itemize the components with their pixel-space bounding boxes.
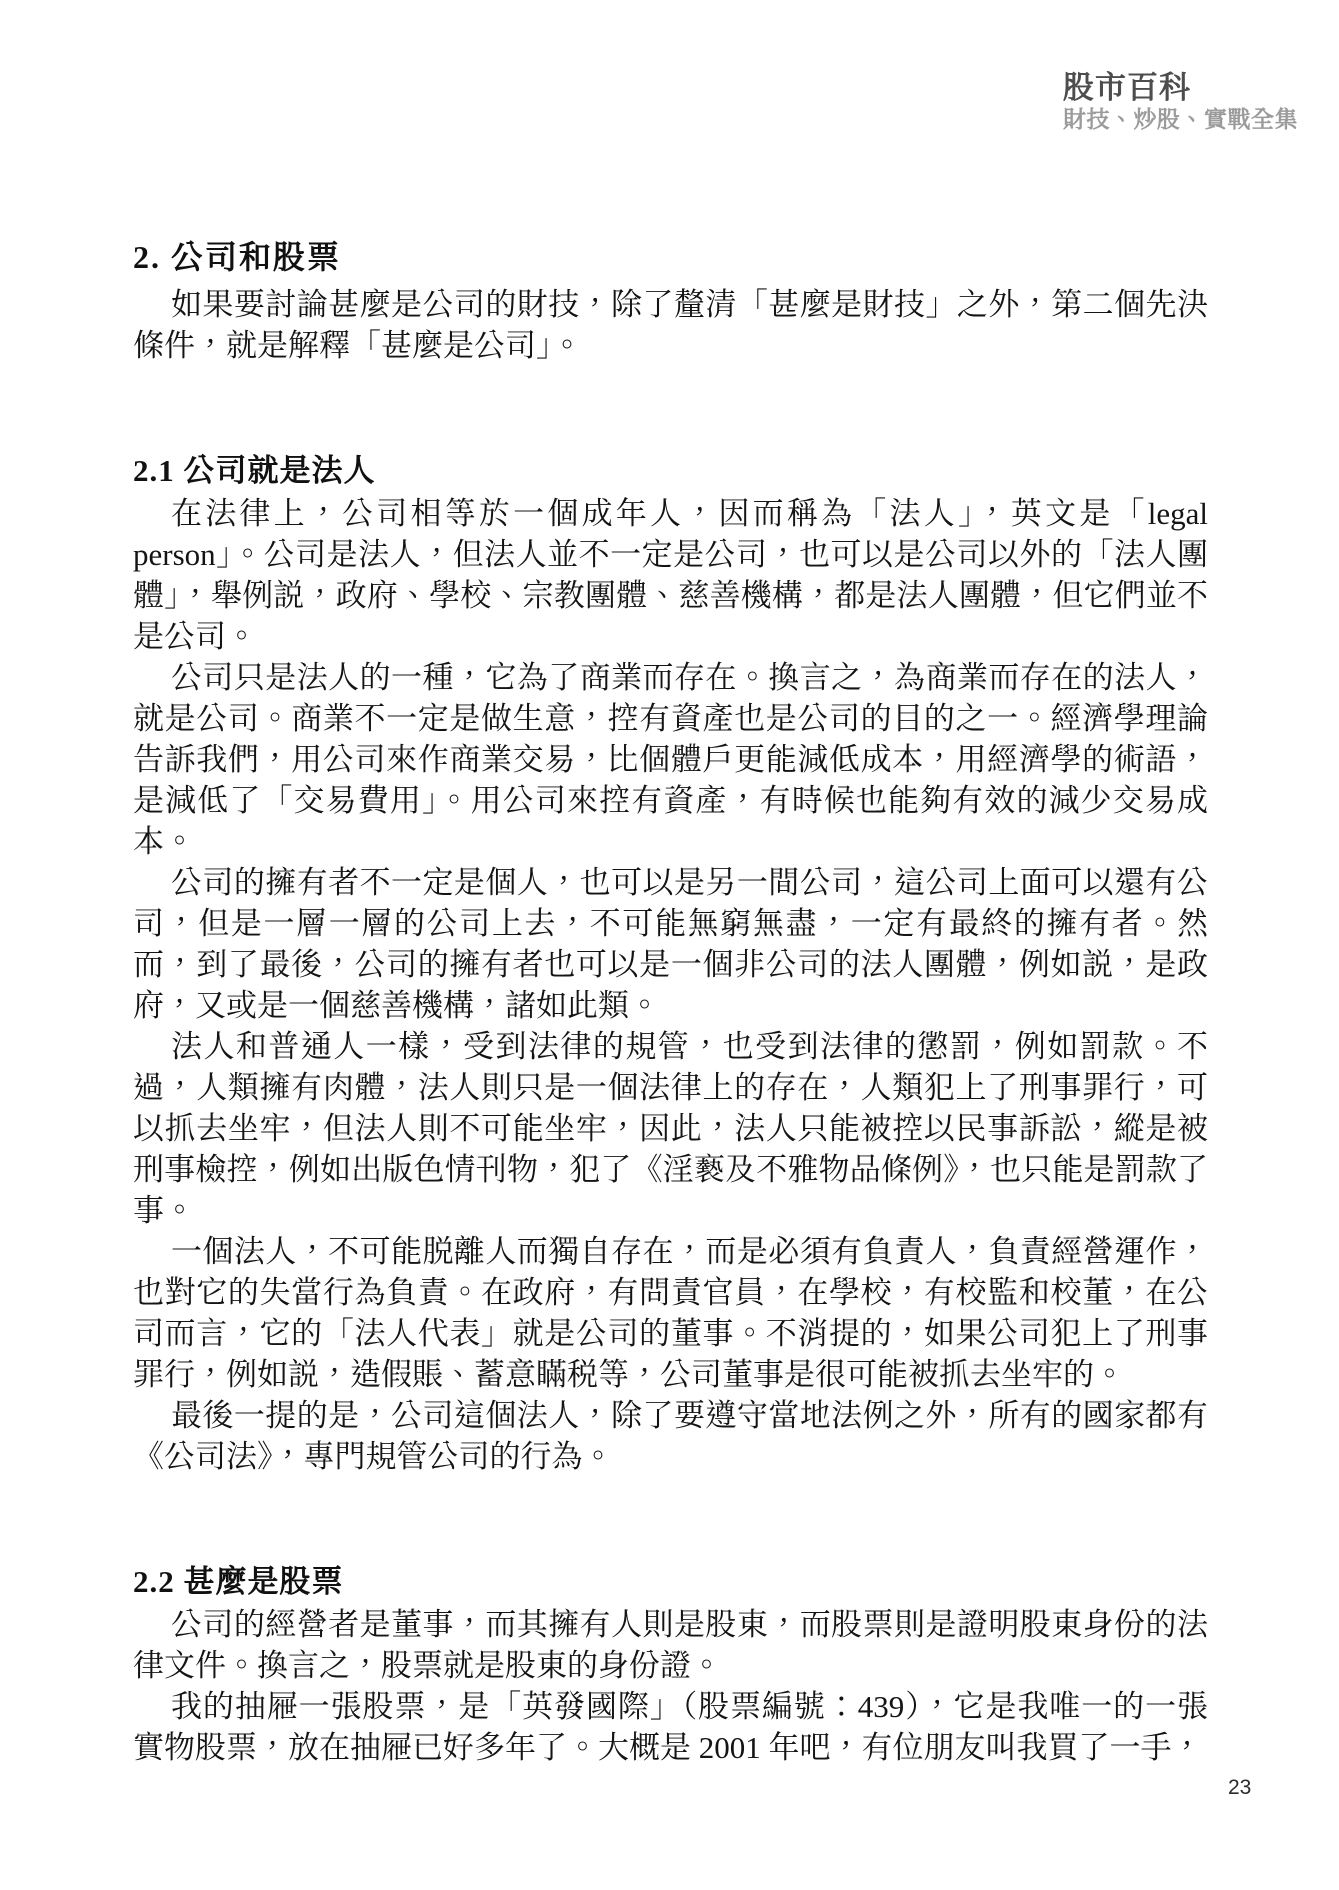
paragraph: 我的抽屜一張股票，是「英發國際」（股票編號：439），它是我唯一的一張實物股票，… xyxy=(133,1686,1208,1768)
running-head: 股市百科 財技、炒股、實戰全集 xyxy=(1063,72,1298,131)
paragraph: 在法律上，公司相等於一個成年人，因而稱為「法人」，英文是「legal perso… xyxy=(133,493,1208,657)
paragraph: 法人和普通人一樣，受到法律的規管，也受到法律的懲罰，例如罰款。不過，人類擁有肉體… xyxy=(133,1026,1208,1231)
page-content: 2. 公司和股票 如果要討論甚麼是公司的財技，除了釐清「甚麼是財技」之外，第二個… xyxy=(133,237,1208,1768)
section-heading-2-2: 2.2 甚麼是股票 xyxy=(133,1561,1208,1602)
section-heading-2-1: 2.1 公司就是法人 xyxy=(133,450,1208,491)
page-number: 23 xyxy=(1228,1776,1251,1800)
paragraph: 公司只是法人的一種，它為了商業而存在。換言之，為商業而存在的法人，就是公司。商業… xyxy=(133,657,1208,862)
paragraph: 公司的經營者是董事，而其擁有人則是股東，而股票則是證明股東身份的法律文件。換言之… xyxy=(133,1604,1208,1686)
series-subtitle: 財技、炒股、實戰全集 xyxy=(1063,108,1298,131)
series-title: 股市百科 xyxy=(1063,72,1298,103)
chapter-intro-paragraph: 如果要討論甚麼是公司的財技，除了釐清「甚麼是財技」之外，第二個先決條件，就是解釋… xyxy=(133,284,1208,366)
chapter-title: 2. 公司和股票 xyxy=(133,237,1208,278)
book-page: 股市百科 財技、炒股、實戰全集 2. 公司和股票 如果要討論甚麼是公司的財技，除… xyxy=(0,0,1339,1890)
paragraph: 一個法人，不可能脱離人而獨自存在，而是必須有負責人，負責經營運作，也對它的失當行… xyxy=(133,1231,1208,1395)
paragraph: 公司的擁有者不一定是個人，也可以是另一間公司，這公司上面可以還有公司，但是一層一… xyxy=(133,862,1208,1026)
paragraph: 最後一提的是，公司這個法人，除了要遵守當地法例之外，所有的國家都有《公司法》，專… xyxy=(133,1395,1208,1477)
